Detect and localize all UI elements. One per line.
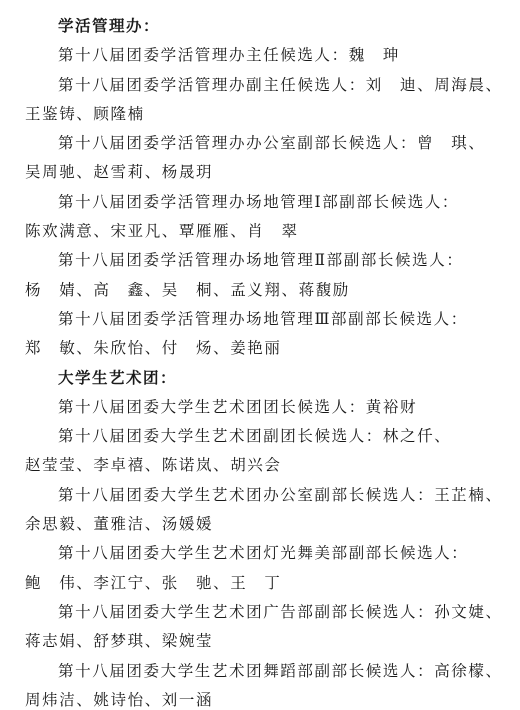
section-heading-student-activity-office: 学活管理办： bbox=[25, 12, 495, 41]
candidate-deputy-director-cont: 王鉴铸、顾隆楠 bbox=[25, 100, 495, 129]
candidate-venue-1-deputy-cont: 陈欢满意、宋亚凡、覃雁雁、肖 翠 bbox=[25, 217, 495, 246]
candidate-venue-2-deputy: 第十八届团委学活管理办场地管理Ⅱ部副部长候选人： bbox=[25, 246, 495, 275]
section-heading-art-troupe: 大学生艺术团： bbox=[25, 364, 495, 393]
document-page: 学活管理办： 第十八届团委学活管理办主任候选人：魏 珅 第十八届团委学活管理办副… bbox=[25, 12, 495, 710]
candidate-troupe-leader: 第十八届团委大学生艺术团团长候选人：黄裕财 bbox=[25, 393, 495, 422]
candidate-deputy-troupe-leader: 第十八届团委大学生艺术团副团长候选人：林之仟、 bbox=[25, 422, 495, 451]
candidate-lighting-stage-deputy-cont: 鲍 伟、李江宁、张 驰、王 丁 bbox=[25, 569, 495, 598]
candidate-office-deputy-cont: 吴周驰、赵雪莉、杨晟玥 bbox=[25, 158, 495, 187]
candidate-dance-deputy-cont: 周炜洁、姚诗怡、刘一涵 bbox=[25, 686, 495, 710]
candidate-advertising-deputy: 第十八届团委大学生艺术团广告部副部长候选人：孙文婕、 bbox=[25, 598, 495, 627]
candidate-deputy-director: 第十八届团委学活管理办副主任候选人：刘 迪、周海晨、 bbox=[25, 71, 495, 100]
candidate-venue-3-deputy: 第十八届团委学活管理办场地管理Ⅲ部副部长候选人： bbox=[25, 305, 495, 334]
candidate-venue-2-deputy-cont: 杨 婧、高 鑫、吴 桐、孟义翔、蒋馥励 bbox=[25, 276, 495, 305]
candidate-venue-3-deputy-cont: 郑 敏、朱欣怡、付 炀、姜艳丽 bbox=[25, 334, 495, 363]
candidate-advertising-deputy-cont: 蒋志娟、舒梦琪、梁婉莹 bbox=[25, 627, 495, 656]
candidate-office-deputy: 第十八届团委学活管理办办公室副部长候选人：曾 琪、 bbox=[25, 129, 495, 158]
candidate-venue-1-deputy: 第十八届团委学活管理办场地管理Ⅰ部副部长候选人： bbox=[25, 188, 495, 217]
candidate-troupe-office-deputy: 第十八届团委大学生艺术团办公室副部长候选人：王芷楠、 bbox=[25, 481, 495, 510]
candidate-dance-deputy: 第十八届团委大学生艺术团舞蹈部副部长候选人：高徐檬、 bbox=[25, 657, 495, 686]
candidate-deputy-troupe-leader-cont: 赵莹莹、李卓禧、陈诺岚、胡兴会 bbox=[25, 451, 495, 480]
candidate-director: 第十八届团委学活管理办主任候选人：魏 珅 bbox=[25, 41, 495, 70]
candidate-troupe-office-deputy-cont: 余思毅、董雅洁、汤媛媛 bbox=[25, 510, 495, 539]
candidate-lighting-stage-deputy: 第十八届团委大学生艺术团灯光舞美部副部长候选人： bbox=[25, 539, 495, 568]
